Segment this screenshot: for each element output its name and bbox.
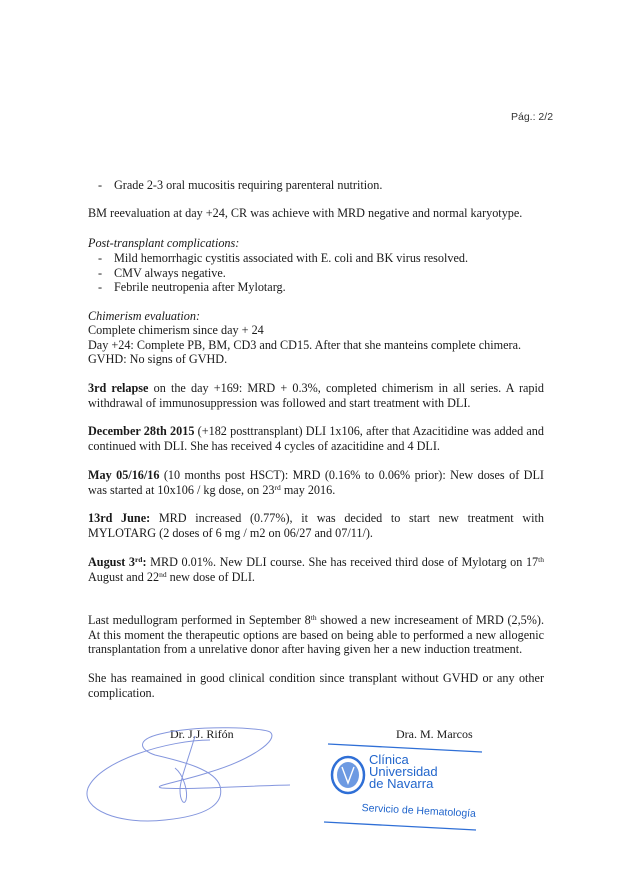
bullet-text: Grade 2-3 oral mucositis requiring paren… bbox=[114, 178, 382, 193]
top-bullet-list: -Grade 2-3 oral mucositis requiring pare… bbox=[88, 178, 544, 193]
relapse-label: 3rd relapse bbox=[88, 381, 148, 395]
list-item: -Febrile neutropenia after Mylotarg. bbox=[88, 280, 544, 295]
bullet-text: Febrile neutropenia after Mylotarg. bbox=[114, 280, 286, 295]
complications-heading: Post-transplant complications: bbox=[88, 236, 544, 251]
list-item: -Grade 2-3 oral mucositis requiring pare… bbox=[88, 178, 544, 193]
may-tail: may 2016. bbox=[281, 483, 336, 497]
chimerism-line: Day +24: Complete PB, BM, CD3 and CD15. … bbox=[88, 338, 544, 353]
december-paragraph: December 28th 2015 (+182 posttransplant)… bbox=[88, 424, 544, 453]
august-paragraph: August 3rd: MRD 0.01%. New DLI course. S… bbox=[88, 555, 544, 584]
bm-reevaluation: BM reevaluation at day +24, CR was achie… bbox=[88, 206, 544, 221]
chimerism-line: GVHD: No signs of GVHD. bbox=[88, 352, 544, 367]
relapse-paragraph: 3rd relapse on the day +169: MRD + 0.3%,… bbox=[88, 381, 544, 410]
stamp-institution: Clínica Universidad de Navarra bbox=[369, 754, 438, 790]
june-paragraph: 13rd June: MRD increased (0.77%), it was… bbox=[88, 511, 544, 540]
august-text: MRD 0.01%. New DLI course. She has recei… bbox=[147, 555, 539, 569]
december-label: December 28th 2015 bbox=[88, 424, 194, 438]
clinical-condition-paragraph: She has reamained in good clinical condi… bbox=[88, 671, 544, 700]
june-text: MRD increased (0.77%), it was decided to… bbox=[88, 511, 544, 540]
august-text2: August and 22 bbox=[88, 570, 159, 584]
june-label: 13rd June: bbox=[88, 511, 150, 525]
bullet-text: CMV always negative. bbox=[114, 266, 226, 281]
august-sup2: nd bbox=[159, 570, 167, 579]
list-item: -Mild hemorrhagic cystitis associated wi… bbox=[88, 251, 544, 266]
university-seal-icon bbox=[330, 755, 366, 795]
chimerism-heading: Chimerism evaluation: bbox=[88, 309, 544, 324]
page-number: Pág.: 2/2 bbox=[511, 111, 553, 123]
may-label: May 05/16/16 bbox=[88, 468, 159, 482]
complications-list: -Mild hemorrhagic cystitis associated wi… bbox=[88, 251, 544, 295]
august-sup1: th bbox=[538, 555, 544, 564]
list-item: -CMV always negative. bbox=[88, 266, 544, 281]
bullet-text: Mild hemorrhagic cystitis associated wit… bbox=[114, 251, 468, 266]
medullogram-paragraph: Last medullogram performed in September … bbox=[88, 613, 544, 657]
chimerism-body: Complete chimerism since day + 24 Day +2… bbox=[88, 323, 544, 367]
relapse-text: on the day +169: MRD + 0.3%, completed c… bbox=[88, 381, 544, 410]
handwritten-signature bbox=[80, 720, 300, 830]
may-paragraph: May 05/16/16 (10 months post HSCT): MRD … bbox=[88, 468, 544, 497]
medullogram-text: Last medullogram performed in September … bbox=[88, 613, 311, 627]
august-label: August 3rd: bbox=[88, 555, 147, 569]
stamp-line3: de Navarra bbox=[369, 778, 438, 790]
august-label-text: August 3 bbox=[88, 555, 135, 569]
chimerism-line: Complete chimerism since day + 24 bbox=[88, 323, 544, 338]
august-text3: new dose of DLI. bbox=[167, 570, 255, 584]
